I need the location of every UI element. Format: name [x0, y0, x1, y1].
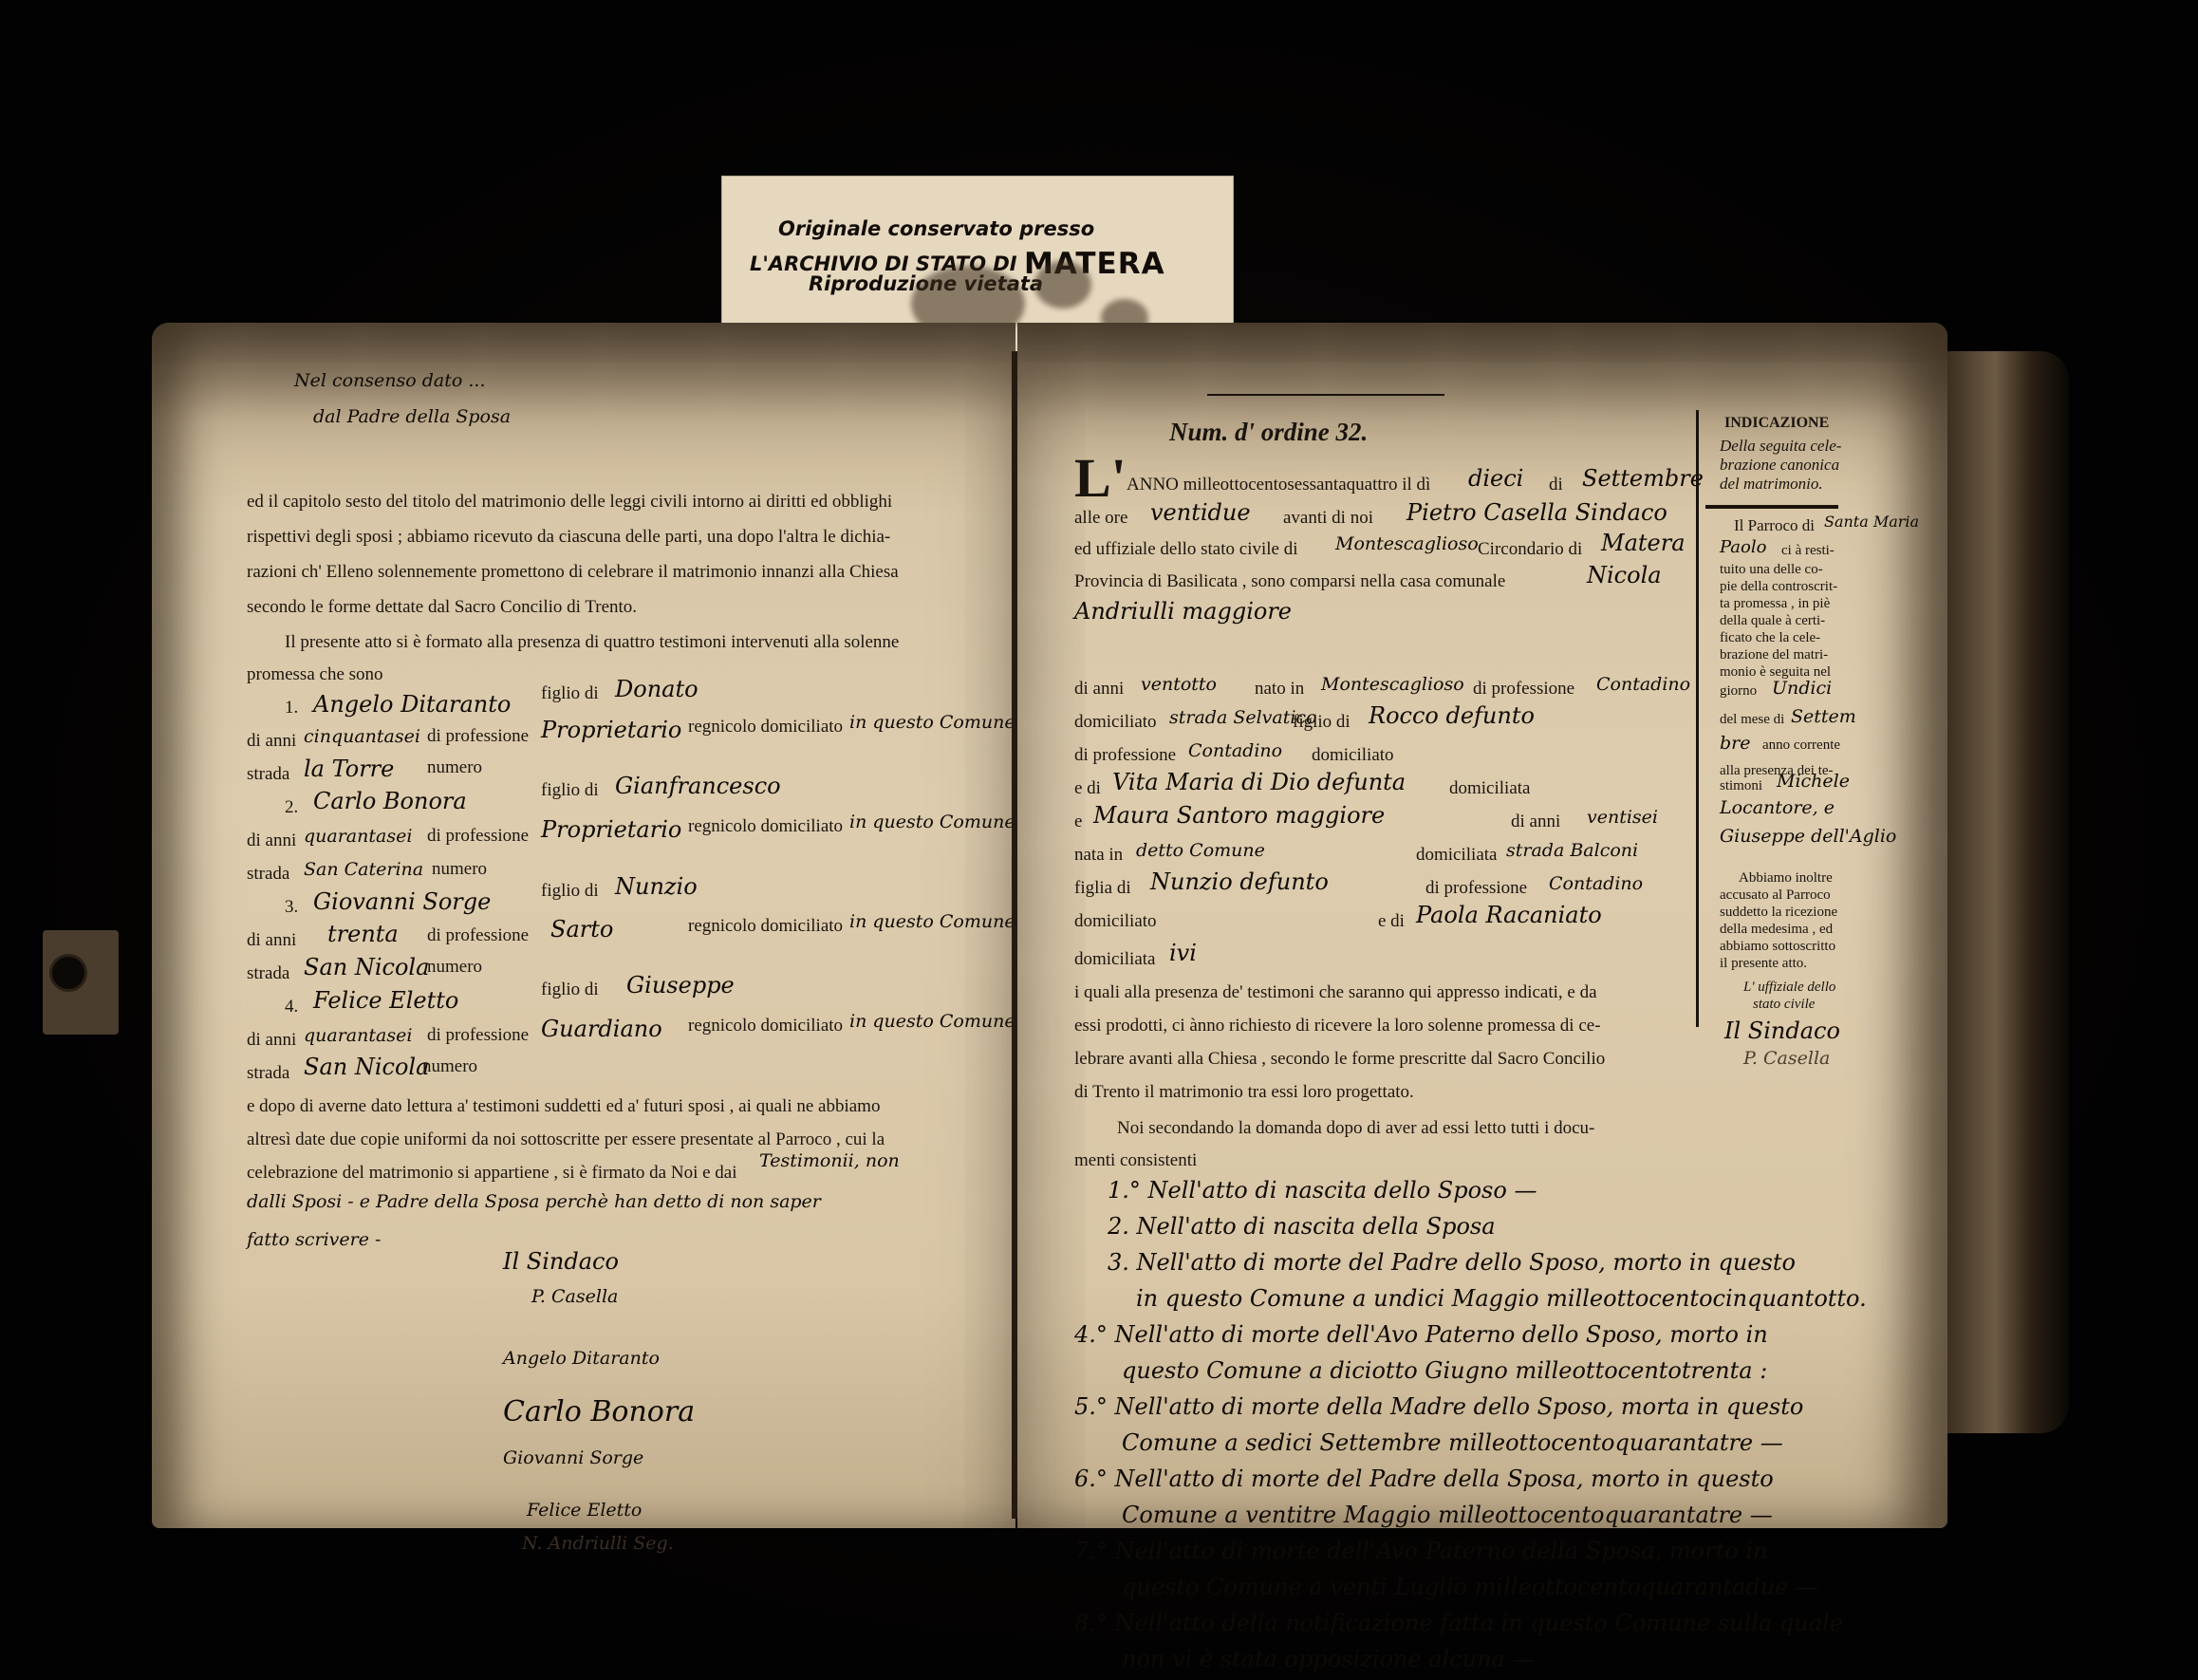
- printed-word: domiciliato: [1312, 745, 1394, 766]
- sidebar-text: della quale à certi-: [1720, 613, 1825, 629]
- witness-street: la Torre: [304, 756, 394, 782]
- handwritten-hour: ventidue: [1150, 499, 1251, 526]
- printed-word: nata in: [1074, 845, 1123, 866]
- water-stain: [1034, 261, 1091, 308]
- witness-age: trenta: [327, 921, 399, 947]
- witness-domicile: in questo Comune: [849, 812, 1015, 832]
- document-item: 4.° Nell'atto di morte dell'Avo Paterno …: [1074, 1321, 1768, 1348]
- printed-word: di anni: [1074, 679, 1124, 700]
- open-register-book: Nel consenso dato ... dal Padre della Sp…: [95, 313, 1917, 1547]
- sidebar-text: del mese di: [1720, 712, 1784, 728]
- printed-line: e dopo di averne dato lettura a' testimo…: [247, 1096, 880, 1117]
- document-item: 1.° Nell'atto di nascita dello Sposo —: [1108, 1177, 1537, 1204]
- father-profession: Contadino: [1188, 740, 1282, 761]
- sidebar-subtitle: brazione canonica: [1720, 456, 1839, 475]
- sidebar-officer: stato civile: [1753, 997, 1815, 1013]
- printed-word: domiciliata: [1074, 949, 1155, 970]
- sidebar-text: pie della controscrit-: [1720, 579, 1837, 595]
- witness-name: Giovanni Sorge: [313, 888, 491, 915]
- witness-domicile: in questo Comune: [849, 712, 1015, 733]
- order-number-heading: Num. d' ordine 32.: [1169, 418, 1368, 447]
- printed-line: alle ore: [1074, 508, 1127, 529]
- printed-word: e di: [1074, 778, 1101, 799]
- sidebar-signature: P. Casella: [1743, 1048, 1830, 1069]
- witness-father: Donato: [615, 676, 699, 702]
- bride-domicile: strada Balconi: [1506, 840, 1638, 861]
- printed-line: altresì date due copie uniformi da noi s…: [247, 1129, 885, 1150]
- margin-note-line2: dal Padre della Sposa: [313, 406, 511, 427]
- label-figlio-di: figlio di: [541, 881, 599, 902]
- book-clasp: [43, 930, 119, 1035]
- witness-street: San Caterina: [304, 859, 423, 880]
- signature-witness: Angelo Ditaranto: [503, 1348, 660, 1369]
- label-professione: di professione: [427, 826, 529, 847]
- sidebar-hand: Santa Maria: [1824, 513, 1919, 531]
- witness-profession: Sarto: [550, 916, 613, 943]
- witness-age: quarantasei: [304, 826, 412, 847]
- handwritten-month: Settembre: [1582, 465, 1704, 492]
- label-regnicolo: regnicolo domiciliato: [688, 1016, 843, 1036]
- bride-birthplace: detto Comune: [1136, 840, 1265, 861]
- bride-mother: Paola Racaniato: [1416, 902, 1602, 928]
- printed-line: Il presente atto si è formato alla prese…: [285, 632, 899, 653]
- sidebar-witness: Michele: [1777, 771, 1850, 792]
- printed-line: ed il capitolo sesto del titolo del matr…: [247, 492, 892, 513]
- printed-word: domiciliato: [1074, 712, 1157, 733]
- sidebar-text: Il Parroco di: [1734, 516, 1815, 535]
- printed-line: Provincia di Basilicata , sono comparsi …: [1074, 571, 1505, 592]
- document-item: 2. Nell'atto di nascita della Sposa: [1108, 1213, 1496, 1240]
- witness-profession: Guardiano: [541, 1016, 662, 1042]
- printed-word: di professione: [1473, 679, 1574, 700]
- sidebar-text: stimoni: [1720, 778, 1762, 794]
- handwritten-town: Montescaglioso: [1335, 533, 1479, 554]
- witness-number: 1.: [285, 698, 298, 719]
- bride-mother-domicile: ivi: [1169, 940, 1197, 966]
- label-di-anni: di anni: [247, 831, 296, 851]
- witness-domicile: in questo Comune: [849, 1011, 1015, 1032]
- sidebar-text: anno corrente: [1762, 737, 1840, 754]
- witness-name: Felice Eletto: [313, 987, 458, 1014]
- sidebar-text: il presente atto.: [1720, 956, 1807, 972]
- sidebar-text: ta promessa , in piè: [1720, 596, 1830, 612]
- printed-word: domiciliato: [1074, 911, 1157, 932]
- sidebar-text: brazione del matri-: [1720, 647, 1828, 663]
- witness-number: 2.: [285, 797, 298, 818]
- witness-age: cinquantasei: [304, 726, 420, 747]
- handwritten-name: Nicola: [1587, 562, 1662, 588]
- sidebar-officer: L' uffiziale dello: [1743, 980, 1835, 996]
- printed-line: razioni ch' Elleno solennemente prometto…: [247, 562, 899, 583]
- sidebar-subtitle: del matrimonio.: [1720, 475, 1823, 494]
- witness-profession: Proprietario: [541, 717, 681, 743]
- groom-father: Rocco defunto: [1369, 702, 1535, 729]
- document-item: 6.° Nell'atto di morte del Padre della S…: [1074, 1465, 1774, 1492]
- bride-name: Maura Santoro maggiore: [1093, 802, 1385, 829]
- document-item: non vi è stata opposizione alcuna —: [1122, 1646, 1536, 1672]
- label-regnicolo: regnicolo domiciliato: [688, 717, 843, 737]
- groom-mother: Vita Maria di Dio defunta: [1112, 769, 1406, 795]
- sidebar-title: INDICAZIONE: [1724, 415, 1829, 432]
- printed-word: avanti di noi: [1283, 508, 1373, 529]
- document-item: questo Comune a venti Luglio milleottoce…: [1122, 1574, 1818, 1600]
- header-rule: [1207, 394, 1444, 396]
- sidebar-text: della medesima , ed: [1720, 922, 1833, 938]
- printed-line: celebrazione del matrimonio si appartien…: [247, 1163, 737, 1184]
- document-item: 8.° Nell'atto della notificazione fatta …: [1074, 1610, 1843, 1636]
- printed-word: Circondario di: [1478, 539, 1582, 560]
- printed-line: rispettivi degli sposi ; abbiamo ricevut…: [247, 527, 890, 548]
- sidebar-witness: Giuseppe dell'Aglio: [1720, 826, 1896, 847]
- witness-profession: Proprietario: [541, 816, 681, 843]
- witness-number: 4.: [285, 997, 298, 1017]
- signature-witness: Felice Eletto: [527, 1500, 642, 1521]
- sidebar-text: suddetto la ricezione: [1720, 905, 1837, 921]
- printed-word: di anni: [1511, 812, 1560, 832]
- witness-age: quarantasei: [304, 1025, 412, 1046]
- sidebar-text: accusato al Parroco: [1720, 887, 1831, 904]
- handwritten-day: dieci: [1468, 465, 1523, 492]
- witness-father: Gianfrancesco: [615, 773, 781, 799]
- printed-line: Noi secondando la domanda dopo di aver a…: [1117, 1118, 1594, 1139]
- label-numero: numero: [427, 957, 482, 978]
- sidebar-text: Abbiamo inoltre: [1739, 870, 1833, 887]
- printed-line: essi prodotti, ci ànno richiesto di rice…: [1074, 1016, 1601, 1036]
- signature-witness: Giovanni Sorge: [503, 1447, 643, 1468]
- printed-word: domiciliata: [1416, 845, 1497, 866]
- printed-line: di Trento il matrimonio tra essi loro pr…: [1074, 1082, 1414, 1103]
- right-page: Num. d' ordine 32. L' ANNO milleottocent…: [1017, 323, 1947, 1528]
- groom-profession: Contadino: [1596, 674, 1690, 695]
- sidebar-text: ficato che la cele-: [1720, 630, 1820, 646]
- witness-street: San Nicola: [304, 1054, 429, 1080]
- printed-word: domiciliata: [1449, 778, 1530, 799]
- handwritten-district: Matera: [1601, 530, 1686, 556]
- printed-word: di: [1549, 475, 1563, 495]
- document-item: Comune a sedici Settembre milleottocento…: [1122, 1429, 1783, 1456]
- witness-number: 3.: [285, 897, 298, 918]
- sidebar-text: ci à resti-: [1781, 543, 1835, 559]
- printed-word: e di: [1378, 911, 1405, 932]
- sidebar-text: tuito una delle co-: [1720, 562, 1823, 578]
- sidebar-text: giorno: [1720, 683, 1757, 700]
- witness-street: San Nicola: [304, 954, 429, 980]
- label-strada: strada: [247, 1063, 289, 1084]
- handwritten-name: Andriulli maggiore: [1074, 598, 1292, 625]
- label-professione: di professione: [427, 726, 529, 747]
- printed-word: e: [1074, 812, 1082, 832]
- label-numero: numero: [427, 757, 482, 778]
- printed-word: di professione: [1425, 878, 1527, 899]
- document-item: 5.° Nell'atto di morte della Madre dello…: [1074, 1393, 1803, 1420]
- margin-note-line1: Nel consenso dato ...: [294, 370, 486, 391]
- signature-sindaco: Il Sindaco: [503, 1248, 619, 1275]
- printed-line: ANNO milleottocentosessantaquattro il dì: [1127, 475, 1430, 495]
- witness-name: Carlo Bonora: [313, 788, 467, 814]
- left-page: Nel consenso dato ... dal Padre della Sp…: [152, 323, 1015, 1528]
- sidebar-vertical-rule: [1696, 410, 1699, 1027]
- printed-line: secondo le forme dettate dal Sacro Conci…: [247, 597, 637, 618]
- label-di-anni: di anni: [247, 731, 296, 752]
- printed-line: ed uffiziale dello stato civile di: [1074, 539, 1298, 560]
- witness-name: Angelo Ditaranto: [313, 691, 511, 718]
- sidebar-text: abbiamo sottoscritto: [1720, 939, 1835, 955]
- label-numero: numero: [432, 859, 487, 880]
- label-strada: strada: [247, 963, 289, 984]
- document-item: 7.° Nell'atto di morte dell'Avo Paterno …: [1074, 1538, 1767, 1564]
- dropcap: L': [1074, 451, 1127, 506]
- signature-casella: P. Casella: [531, 1286, 618, 1307]
- label-professione: di professione: [427, 925, 529, 946]
- sidebar-hand: Paolo: [1720, 537, 1766, 557]
- witness-father: Giuseppe: [626, 972, 735, 999]
- printed-line: lebrare avanti alla Chiesa , secondo le …: [1074, 1049, 1605, 1070]
- label-professione: di professione: [427, 1025, 529, 1046]
- label-figlio-di: figlio di: [541, 780, 599, 801]
- printed-word: figlio di: [1293, 712, 1350, 733]
- handwritten-line: Testimonii, non: [759, 1150, 900, 1171]
- sidebar-witness: Locantore, e: [1720, 797, 1835, 818]
- signature-secretary: N. Andriulli Seg.: [522, 1533, 674, 1554]
- sidebar-month: bre: [1720, 733, 1751, 754]
- indicazione-sidebar: INDICAZIONE Della seguita cele- brazione…: [1696, 410, 1895, 1397]
- sidebar-rule: [1705, 505, 1838, 509]
- sidebar-subtitle: Della seguita cele-: [1720, 437, 1841, 456]
- printed-word: figlia di: [1074, 878, 1131, 899]
- bride-age: ventisei: [1587, 807, 1658, 828]
- clasp-hole-icon: [52, 957, 84, 989]
- sidebar-month: Settem: [1791, 706, 1856, 727]
- label-di-anni: di anni: [247, 1030, 296, 1051]
- label-strada: strada: [247, 864, 289, 885]
- document-item: 3. Nell'atto di morte del Padre dello Sp…: [1108, 1249, 1796, 1276]
- label-di-anni: di anni: [247, 930, 296, 951]
- handwritten-line: dalli Sposi - e Padre della Sposa perchè…: [247, 1191, 821, 1212]
- label-figlio-di: figlio di: [541, 980, 599, 1000]
- printed-line: menti consistenti: [1074, 1150, 1197, 1171]
- bride-father-profession: Contadino: [1549, 873, 1643, 894]
- sidebar-signature: Il Sindaco: [1724, 1017, 1840, 1044]
- signature-witness: Carlo Bonora: [503, 1395, 695, 1428]
- printed-line: i quali alla presenza de' testimoni che …: [1074, 982, 1597, 1003]
- printed-word: di professione: [1074, 745, 1176, 766]
- label-strada: strada: [247, 764, 289, 785]
- book-page-edges: [1946, 351, 2069, 1433]
- bride-father: Nunzio defunto: [1150, 868, 1329, 895]
- document-item: Comune a ventitre Maggio milleottocentoq…: [1122, 1502, 1773, 1528]
- label-regnicolo: regnicolo domiciliato: [688, 816, 843, 837]
- label-numero: numero: [422, 1056, 477, 1077]
- label-figlio-di: figlio di: [541, 683, 599, 704]
- witness-domicile: in questo Comune: [849, 911, 1015, 932]
- archive-label-line1: Originale conservato presso: [778, 217, 1094, 240]
- document-item: questo Comune a diciotto Giugno milleott…: [1122, 1357, 1767, 1384]
- groom-birthplace: Montescaglioso: [1321, 674, 1464, 695]
- witness-father: Nunzio: [615, 873, 698, 900]
- label-regnicolo: regnicolo domiciliato: [688, 916, 843, 937]
- sidebar-day: Undici: [1772, 678, 1832, 699]
- printed-word: nato in: [1255, 679, 1304, 700]
- handwritten-line: fatto scrivere -: [247, 1229, 381, 1250]
- handwritten-mayor: Pietro Casella Sindaco: [1406, 499, 1667, 526]
- printed-line: promessa che sono: [247, 664, 383, 685]
- groom-age: ventotto: [1141, 674, 1217, 695]
